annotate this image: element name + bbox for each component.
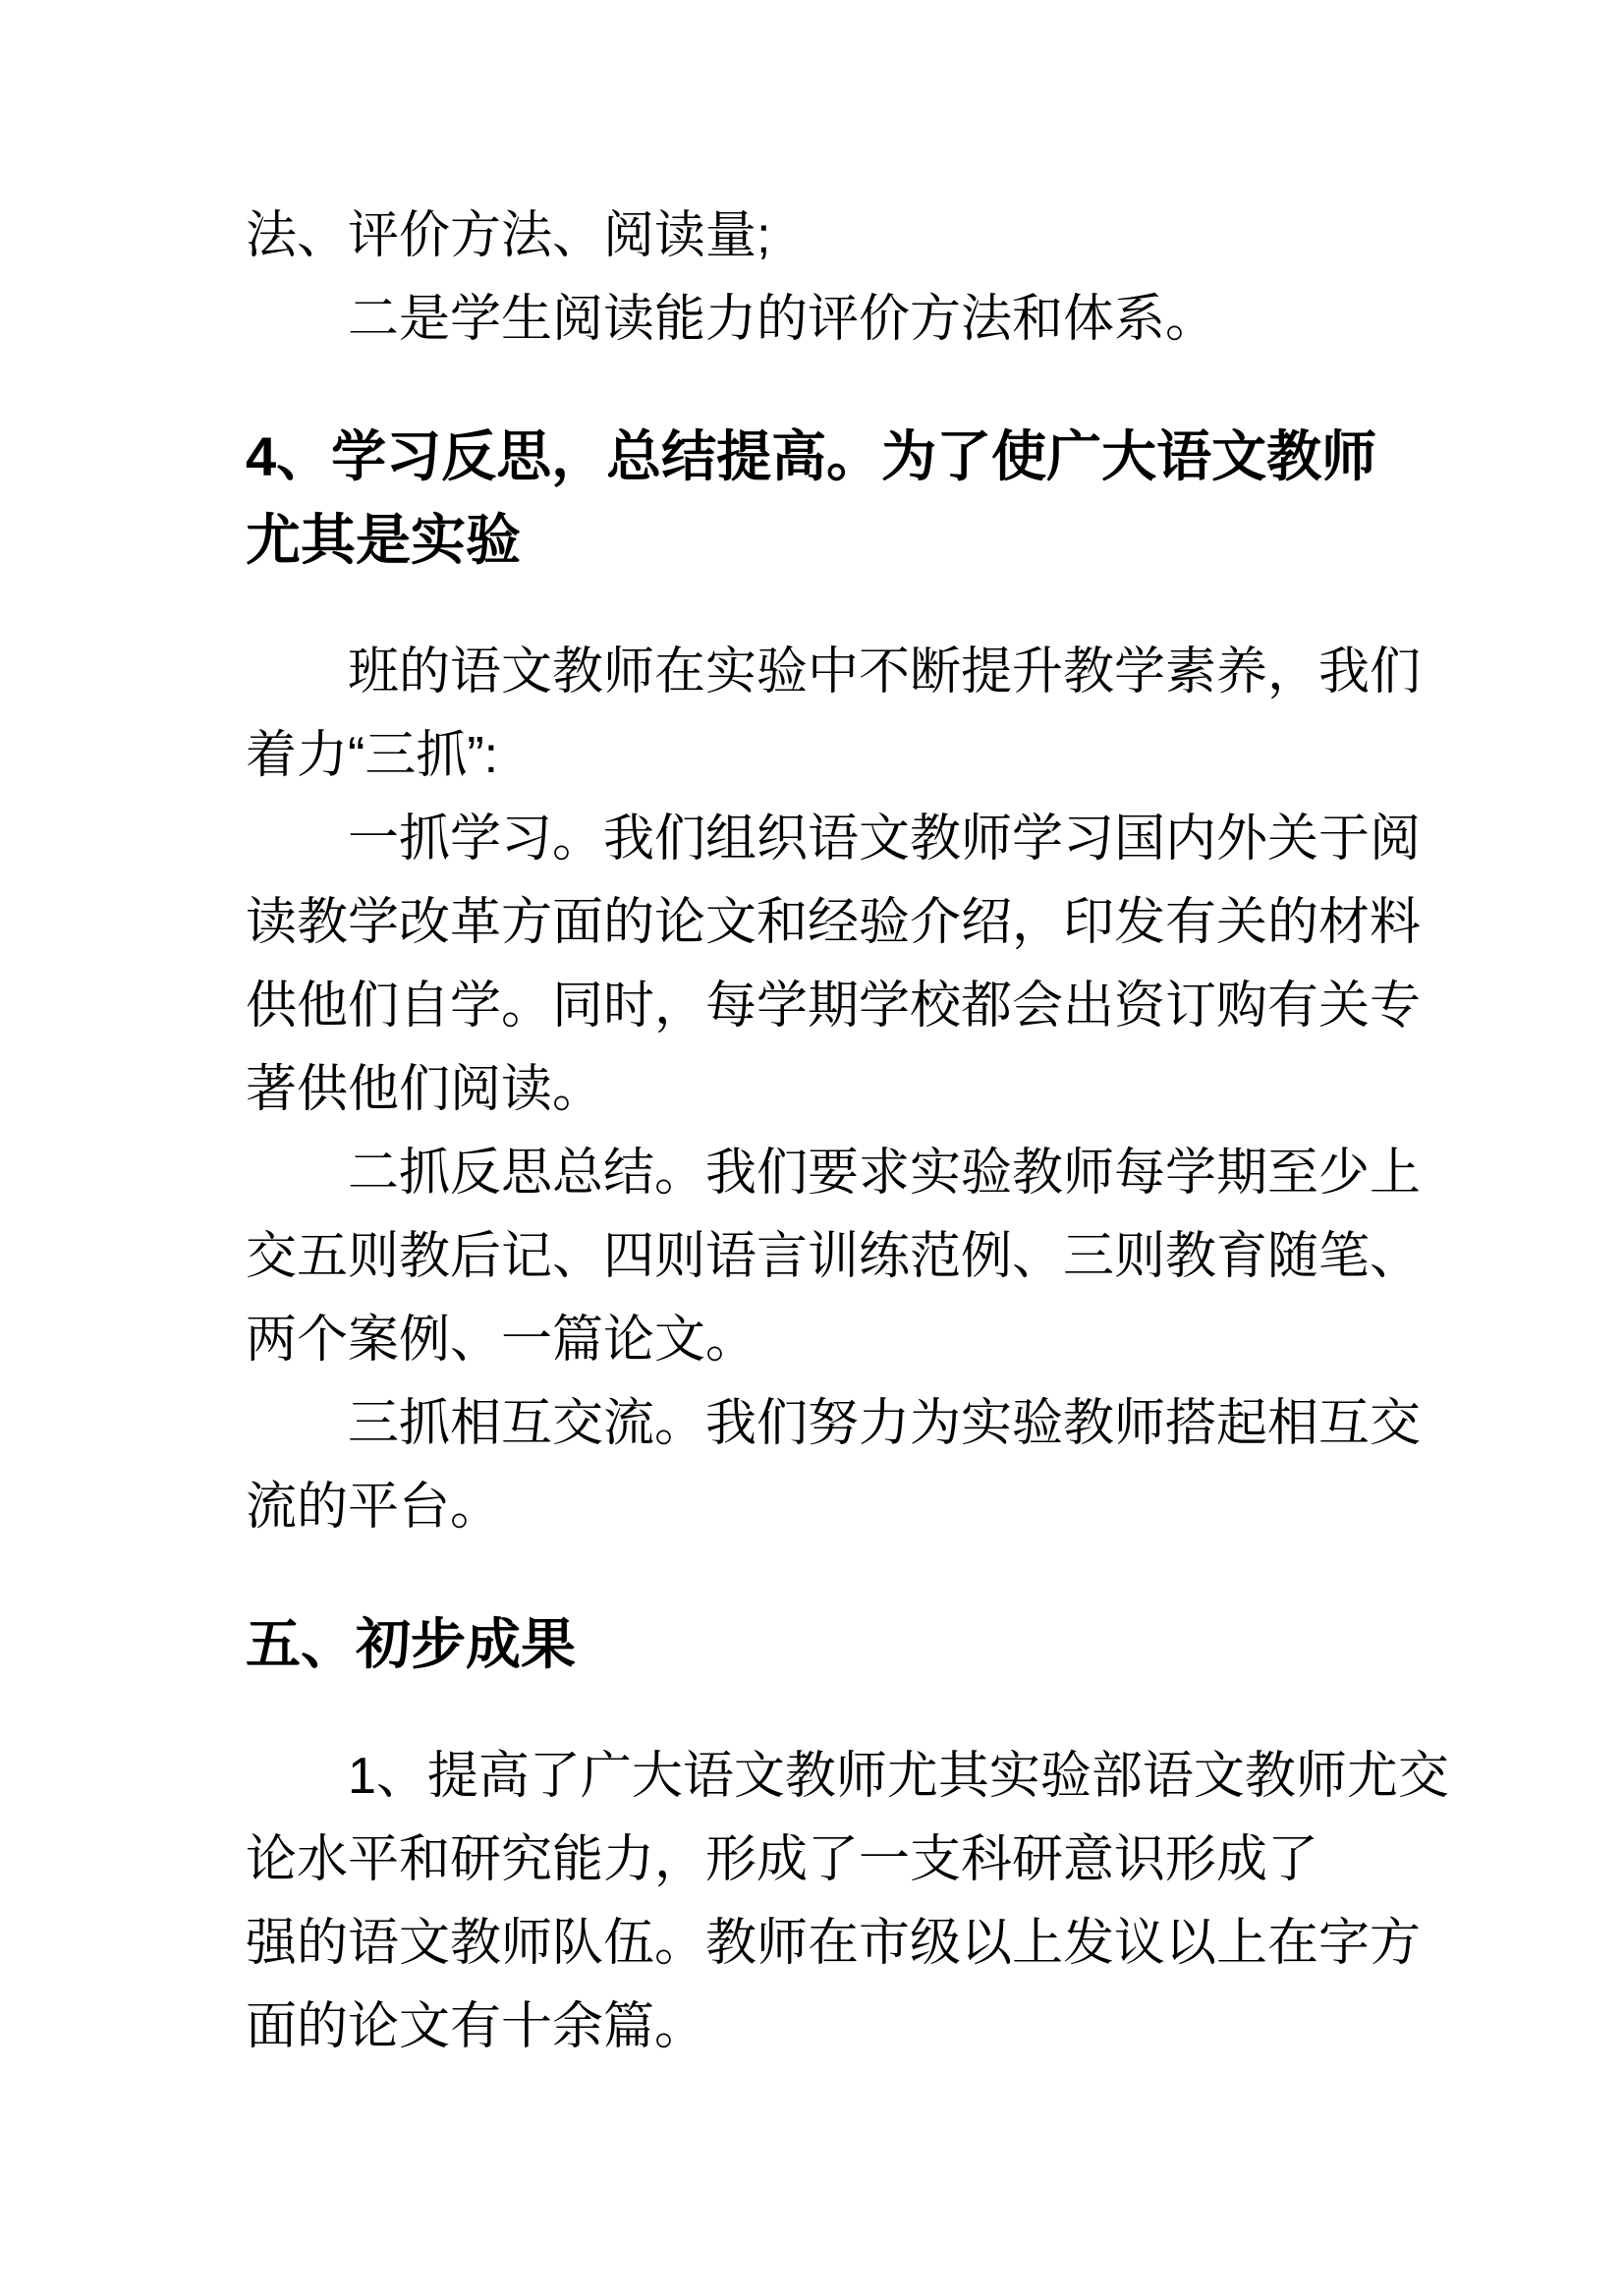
paragraph: 法、评价方法、阅读量;二是学生阅读能力的评价方法和体系。 [246, 195, 1375, 362]
body-text-line: 读教学改革方面的论文和经验介绍，印发有关的材料 [246, 881, 1375, 965]
body-text-line: 一抓学习。我们组织语文教师学习国内外关于阅 [246, 798, 1375, 881]
heading-line: 尤其是实验 [246, 498, 1375, 582]
heading-line: 五、初步成果 [246, 1602, 1375, 1686]
document-page: 法、评价方法、阅读量;二是学生阅读能力的评价方法和体系。4、学习反思，总结提高。… [0, 0, 1624, 2296]
body-text-line: 1、提高了广大语文教师尤其实验部语文教师尤交 [246, 1735, 1375, 1819]
document-body: 法、评价方法、阅读量;二是学生阅读能力的评价方法和体系。4、学习反思，总结提高。… [246, 195, 1375, 2069]
paragraph: 1、提高了广大语文教师尤其实验部语文教师尤交论水平和研究能力，形成了一支科研意识… [246, 1735, 1375, 2069]
paragraph: 二抓反思总结。我们要求实验教师每学期至少上交五则教后记、四则语言训练范例、三则教… [246, 1132, 1375, 1382]
body-text-line: 法、评价方法、阅读量; [246, 195, 1375, 278]
body-text-line: 三抓相互交流。我们努力为实验教师搭起相互交 [246, 1382, 1375, 1466]
body-text-line: 着力“三抓”: [246, 714, 1375, 798]
section-heading: 4、学习反思，总结提高。为了使广大语文教师尤其是实验 [246, 415, 1375, 582]
paragraph: 班的语文教师在实验中不断提升教学素养，我们着力“三抓”: [246, 631, 1375, 798]
paragraph: 三抓相互交流。我们努力为实验教师搭起相互交流的平台。 [246, 1382, 1375, 1549]
body-text-line: 交五则教后记、四则语言训练范例、三则教育随笔、 [246, 1215, 1375, 1299]
body-text-line: 两个案例、一篇论文。 [246, 1299, 1375, 1382]
body-text-line: 二抓反思总结。我们要求实验教师每学期至少上 [246, 1132, 1375, 1215]
body-text-line: 供他们自学。同时，每学期学校都会出资订购有关专 [246, 965, 1375, 1048]
heading-line: 4、学习反思，总结提高。为了使广大语文教师 [246, 415, 1375, 498]
body-text-line: 论水平和研究能力，形成了一支科研意识形成了 [246, 1819, 1375, 1902]
body-text-line: 著供他们阅读。 [246, 1048, 1375, 1132]
body-text-line: 面的论文有十余篇。 [246, 1986, 1375, 2069]
body-text-line: 二是学生阅读能力的评价方法和体系。 [246, 278, 1375, 362]
body-text-line: 班的语文教师在实验中不断提升教学素养，我们 [246, 631, 1375, 714]
paragraph: 一抓学习。我们组织语文教师学习国内外关于阅读教学改革方面的论文和经验介绍，印发有… [246, 798, 1375, 1132]
section-heading: 五、初步成果 [246, 1602, 1375, 1686]
body-text-line: 强的语文教师队伍。教师在市级以上发议以上在字方 [246, 1902, 1375, 1986]
body-text-line: 流的平台。 [246, 1466, 1375, 1549]
